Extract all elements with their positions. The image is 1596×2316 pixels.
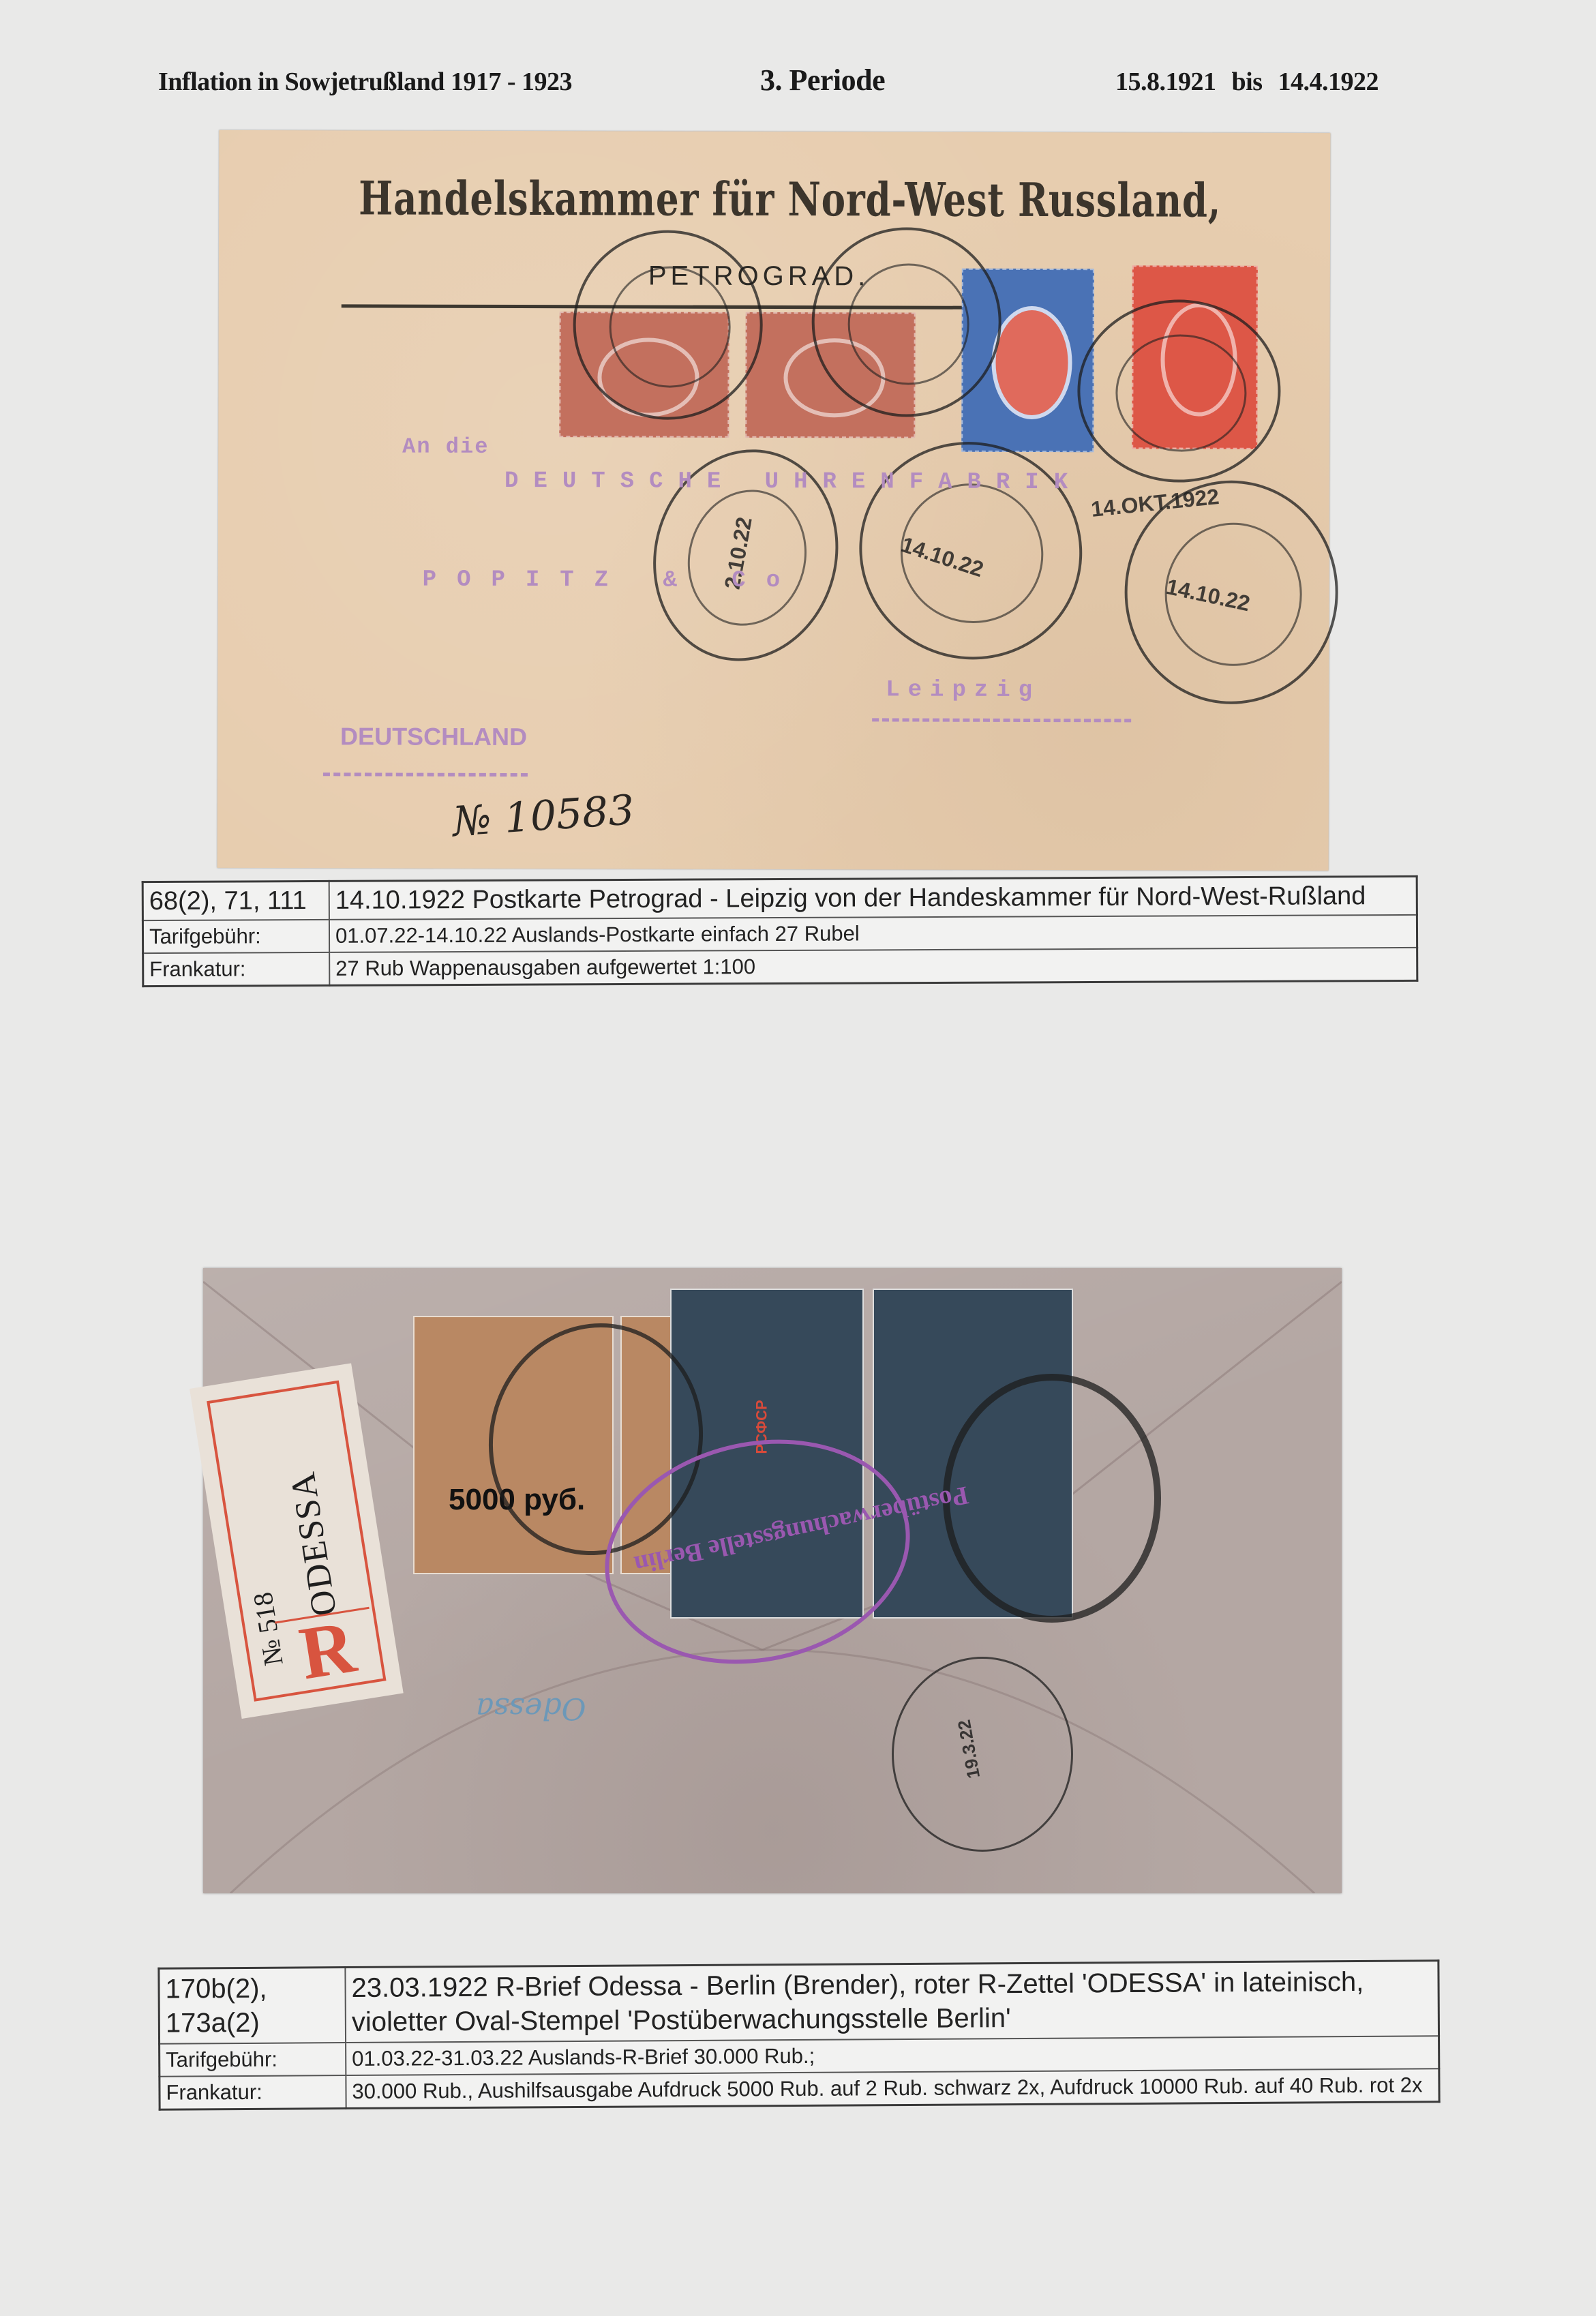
postmark-circle-icon: [943, 1374, 1161, 1623]
address-city: Leipzig: [886, 677, 1040, 704]
period-heading: 3. Periode: [760, 63, 885, 97]
postmark-circle-icon: [828, 410, 1113, 691]
album-page-title: Inflation in Sowjetrußland 1917 - 1923: [158, 67, 572, 97]
frankatur-label: Frankatur:: [160, 2075, 346, 2109]
postcard-petrograd-leipzig: Handelskammer für Nord-West Russland, PE…: [217, 130, 1331, 871]
address-firm: DEUTSCHE UHRENFABRIK: [505, 468, 1083, 496]
frankatur-value: 30.000 Rub., Aushilfsausgabe Aufdruck 50…: [346, 2069, 1439, 2108]
description-table-postcard: 68(2), 71, 111 14.10.1922 Postkarte Petr…: [142, 875, 1419, 987]
postmark-circle-icon: [573, 230, 763, 420]
handwritten-address: Odessa: [476, 1691, 586, 1726]
tarif-label: Tarifgebühr:: [160, 2043, 346, 2077]
description-table-envelope: 170b(2), 173a(2) 23.03.1922 R-Brief Odes…: [157, 1959, 1440, 2110]
frankatur-label: Frankatur:: [143, 952, 330, 987]
item-description: 14.10.1922 Postkarte Petrograd - Leipzig…: [329, 876, 1417, 919]
address-salutation: An die: [402, 434, 489, 460]
postmark-circle-icon: [811, 227, 1002, 417]
item-description: 23.03.1922 R-Brief Odessa - Berlin (Bren…: [345, 1961, 1439, 2043]
catalog-numbers: 68(2), 71, 111: [142, 881, 329, 920]
tarif-value: 01.07.22-14.10.22 Auslands-Postkarte ein…: [329, 915, 1417, 952]
postmark-circle-icon: [892, 1657, 1073, 1852]
r-letter-icon: R: [275, 1607, 380, 1691]
address-underline: [323, 772, 528, 777]
period-date-range: 15.8.1921 bis 14.4.1922: [1115, 67, 1379, 97]
letterhead: Handelskammer für Nord-West Russland,: [359, 171, 1221, 228]
tarif-label: Tarifgebühr:: [142, 920, 329, 953]
handwritten-number: № 10583: [451, 786, 636, 846]
address-country: DEUTSCHLAND: [340, 722, 527, 751]
address-underline: [872, 718, 1131, 722]
frankatur-value: 27 Rub Wappenausgaben aufgewertet 1:100: [329, 948, 1417, 985]
arms-oval-icon: [991, 306, 1072, 419]
address-name: POPITZ & Co: [423, 567, 801, 594]
postmark-circle-icon: [1077, 299, 1281, 483]
catalog-numbers: 170b(2), 173a(2): [159, 1968, 346, 2044]
